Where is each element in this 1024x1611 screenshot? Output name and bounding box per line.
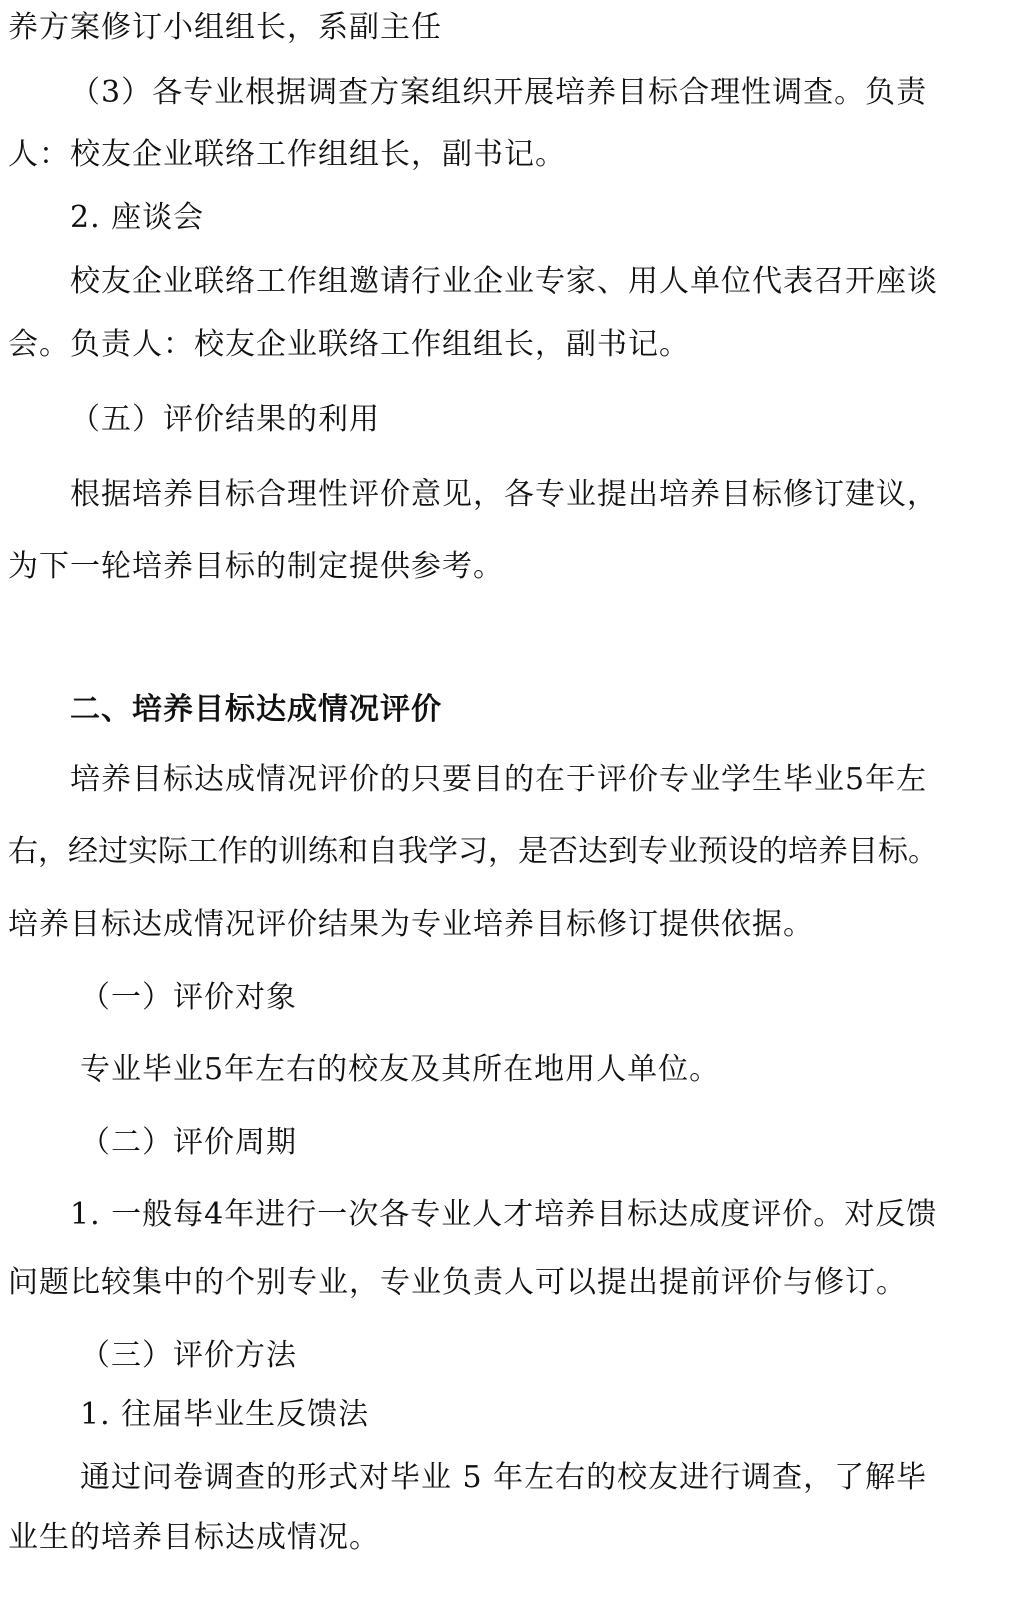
paragraph-intro-end: 培养目标达成情况评价结果为专业培养目标修订提供依据。 <box>8 907 814 943</box>
section-heading-5: （五）评价结果的利用 <box>70 402 380 438</box>
section-heading-1: （一）评价对象 <box>80 980 297 1016</box>
paragraph-feedback: 通过问卷调查的形式对毕业 5 年左右的校友进行调查，了解毕 <box>80 1460 927 1496</box>
subheading-symposium: 2. 座谈会 <box>70 200 204 236</box>
paragraph-cycle-continuation: 问题比较集中的个别专业，专业负责人可以提出提前评价与修订。 <box>8 1265 907 1301</box>
paragraph-symposium: 校友企业联络工作组邀请行业企业专家、用人单位代表召开座谈 <box>70 264 938 300</box>
paragraph-usage-continuation: 为下一轮培养目标的制定提供参考。 <box>8 549 504 585</box>
paragraph-target: 专业毕业5年左右的校友及其所在地用人单位。 <box>80 1052 720 1088</box>
list-item-3-continuation: 人：校友企业联络工作组组长，副书记。 <box>8 137 566 173</box>
paragraph-intro-continuation: 右，经过实际工作的训练和自我学习，是否达到专业预设的培养目标。 <box>8 834 938 870</box>
paragraph-usage: 根据培养目标合理性评价意见，各专业提出培养目标修订建议， <box>70 477 938 513</box>
paragraph-feedback-continuation: 业生的培养目标达成情况。 <box>8 1520 380 1556</box>
paragraph-continuation: 养方案修订小组组长，系副主任 <box>8 10 442 46</box>
subheading-feedback: 1. 往届毕业生反馈法 <box>80 1397 369 1433</box>
section-heading-2: （二）评价周期 <box>80 1125 297 1161</box>
section-heading-3: （三）评价方法 <box>80 1338 297 1374</box>
paragraph-cycle: 1. 一般每4年进行一次各专业人才培养目标达成度评价。对反馈 <box>70 1197 937 1233</box>
paragraph-symposium-continuation: 会。负责人：校友企业联络工作组组长，副书记。 <box>8 327 690 363</box>
list-item-3: （3）各专业根据调查方案组织开展培养目标合理性调查。负责 <box>70 75 927 111</box>
paragraph-intro: 培养目标达成情况评价的只要目的在于评价专业学生毕业5年左 <box>70 762 927 798</box>
chapter-heading-2: 二、培养目标达成情况评价 <box>70 692 442 728</box>
